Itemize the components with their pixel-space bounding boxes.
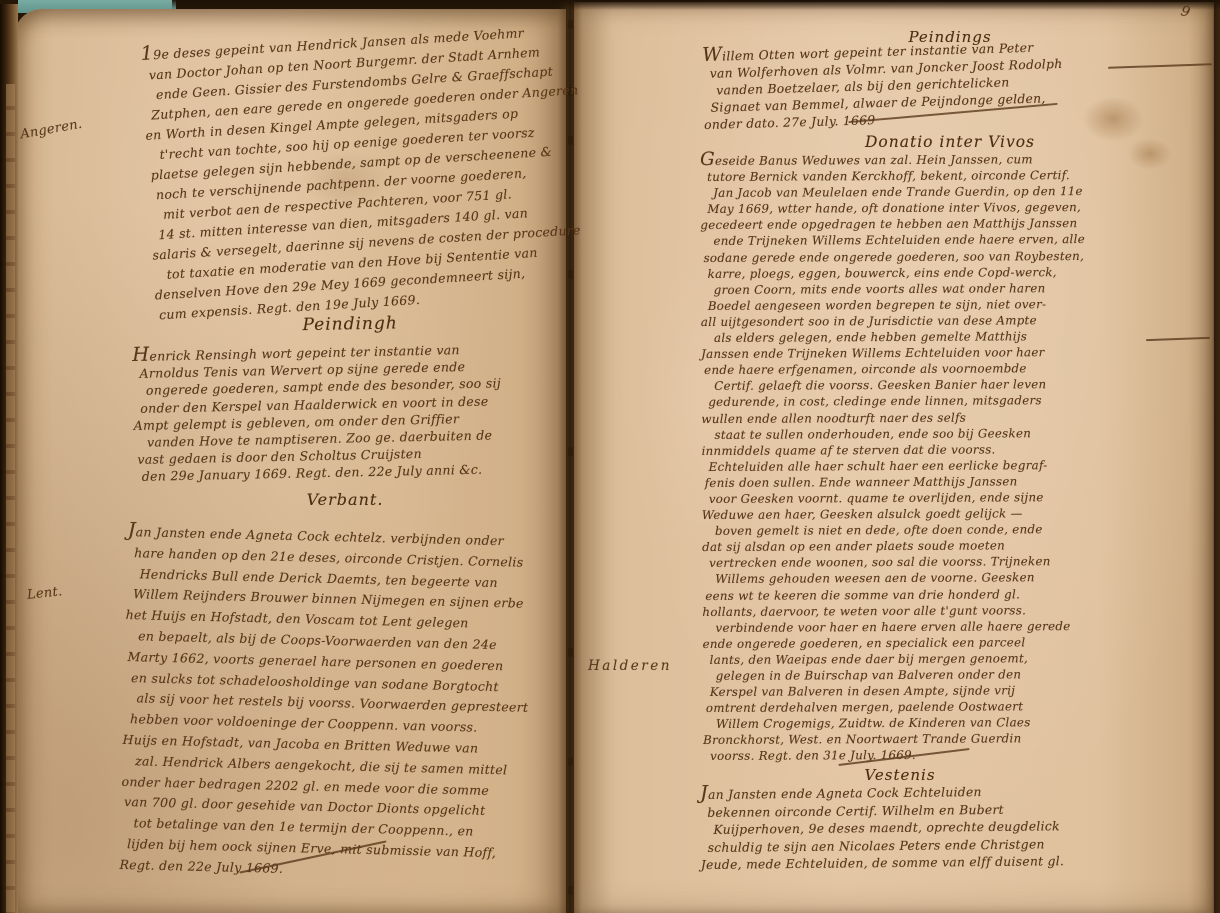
entry-heading-donatio: Donatio inter Vivos [700,133,1200,151]
entry-vestenis: Jan Jansten ende Agneta Cock Echteluiden… [700,780,1209,875]
stitch-mark [568,886,573,895]
margin-note-halderen: Halderen [588,658,672,674]
entry-body: Jan Jansten ende Agneta Cock Echteluiden… [700,780,1209,875]
stitch-mark [568,20,573,29]
stitch-mark [568,648,573,657]
entry-peindings: Willem Otten wort gepeint ter instantie … [702,33,1210,134]
entry-continuation: 19e deses gepeint van Hendrick Jansen al… [140,19,580,326]
entry-verbant: Jan Jansten ende Agneta Cock echtelz. ve… [119,520,566,886]
binding-page-edges [6,84,15,913]
entry-body: Jan Jansten ende Agneta Cock echtelz. ve… [119,520,566,886]
stitch-mark [568,757,573,766]
entry-body: Geseide Banus Weduwes van zal. Hein Jans… [700,149,1217,764]
entry-heading-verbant: Verbant. [130,490,560,509]
entry-body: Henrick Rensingh wort gepeint ter instan… [132,337,567,486]
stitch-mark [568,447,573,456]
entry-donatio: Geseide Banus Weduwes van zal. Hein Jans… [700,149,1217,764]
entry-peindingh: Henrick Rensingh wort gepeint ter instan… [132,337,567,486]
book-binding [0,4,18,913]
entry-body: 19e deses gepeint van Hendrick Jansen al… [140,19,580,326]
entry-body: Willem Otten wort gepeint ter instantie … [702,33,1210,134]
